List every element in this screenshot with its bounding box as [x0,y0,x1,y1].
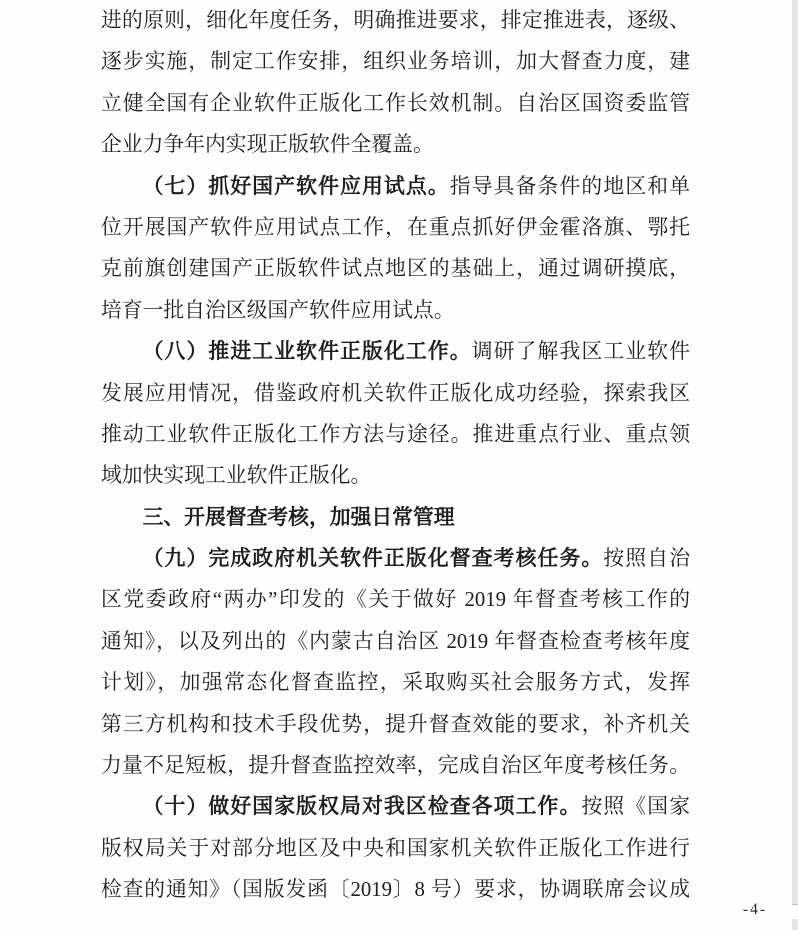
text-line: 发展应用情况，借鉴政府机关软件正版化成功经验，探索我区 [101,373,690,414]
page-number: -4- [743,901,767,919]
text-line: 企业力争年内实现正版软件全覆盖。 [101,124,690,165]
text-segment: 进的原则，细化年度任务，明确推进要求，排定推进表，逐级、 [101,9,690,32]
text-line: 检查的通知》（国版发函〔2019〕8 号）要求，协调联席会议成 [101,869,690,910]
text-segment: 立健全国有企业软件正版化工作长效机制。自治区国资委监管 [101,92,690,115]
text-segment: 通知》，以及列出的《内蒙古自治区 2019 年督查检查考核年度 [101,630,690,653]
text-segment: 第三方机构和技术手段优势，提升督查效能的要求，补齐机关 [101,713,690,736]
section-heading-line: 三、开展督查考核，加强日常管理 [101,497,690,538]
text-line: 逐步实施，制定工作安排，组织业务培训，加大督查力度，建 [101,41,690,82]
bold-text-segment: （九）完成政府机关软件正版化督查考核任务。 [143,547,604,570]
text-line: 通知》，以及列出的《内蒙古自治区 2019 年督查检查考核年度 [101,621,690,662]
text-segment: 按照自治 [603,547,690,570]
document-page: 进的原则，细化年度任务，明确推进要求，排定推进表，逐级、逐步实施，制定工作安排，… [0,0,798,930]
text-segment: 力量不足短板，提升督查监控效率，完成自治区年度考核任务。 [101,754,690,777]
text-segment: 企业力争年内实现正版软件全覆盖。 [101,133,434,156]
text-line: 力量不足短板，提升督查监控效率，完成自治区年度考核任务。 [101,745,690,786]
document-text-body: 进的原则，细化年度任务，明确推进要求，排定推进表，逐级、逐步实施，制定工作安排，… [101,0,690,911]
text-line: 域加快实现工业软件正版化。 [101,455,690,496]
text-segment: 推动工业软件正版化工作方法与途径。推进重点行业、重点领 [101,423,690,446]
text-line: 位开展国产软件应用试点工作，在重点抓好伊金霍洛旗、鄂托 [101,207,690,248]
bold-text-segment: （八）推进工业软件正版化工作。 [143,340,472,363]
text-segment: 指导具备条件的地区和单 [450,175,690,198]
text-line: 计划》，加强常态化督查监控，采取购买社会服务方式，发挥 [101,662,690,703]
text-segment: 发展应用情况，借鉴政府机关软件正版化成功经验，探索我区 [101,382,690,405]
text-line: 推动工业软件正版化工作方法与途径。推进重点行业、重点领 [101,414,690,455]
text-line: 进的原则，细化年度任务，明确推进要求，排定推进表，逐级、 [101,0,690,41]
text-line: （七）抓好国产软件应用试点。指导具备条件的地区和单 [101,166,690,207]
text-segment: 域加快实现工业软件正版化。 [101,464,371,487]
text-line: （九）完成政府机关软件正版化督查考核任务。按照自治 [101,538,690,579]
text-segment: 区党委政府“两办”印发的《关于做好 2019 年督查考核工作的 [101,588,690,611]
text-line: （八）推进工业软件正版化工作。调研了解我区工业软件 [101,331,690,372]
bold-text-segment: （七）抓好国产软件应用试点。 [143,175,450,198]
text-line: （十）做好国家版权局对我区检查各项工作。按照《国家 [101,786,690,827]
text-segment: 克前旗创建国产正版软件试点地区的基础上，通过调研摸底， [101,257,690,280]
text-segment: 位开展国产软件应用试点工作，在重点抓好伊金霍洛旗、鄂托 [101,216,690,239]
scan-edge-notch [792,905,798,919]
bold-text-segment: 三、开展督查考核，加强日常管理 [143,506,455,529]
text-line: 培育一批自治区级国产软件应用试点。 [101,290,690,331]
text-line: 立健全国有企业软件正版化工作长效机制。自治区国资委监管 [101,83,690,124]
text-line: 第三方机构和技术手段优势，提升督查效能的要求，补齐机关 [101,704,690,745]
text-line: 克前旗创建国产正版软件试点地区的基础上，通过调研摸底， [101,248,690,289]
text-segment: 逐步实施，制定工作安排，组织业务培训，加大督查力度，建 [101,50,690,73]
text-segment: 调研了解我区工业软件 [472,340,690,363]
text-segment: 按照《国家 [581,795,690,818]
bold-text-segment: （十）做好国家版权局对我区检查各项工作。 [143,795,582,818]
text-line: 版权局关于对部分地区及中央和国家机关软件正版化工作进行 [101,828,690,869]
text-segment: 培育一批自治区级国产软件应用试点。 [101,299,455,322]
text-line: 区党委政府“两办”印发的《关于做好 2019 年督查考核工作的 [101,579,690,620]
text-segment: 版权局关于对部分地区及中央和国家机关软件正版化工作进行 [101,837,690,860]
text-segment: 检查的通知》（国版发函〔2019〕8 号）要求，协调联席会议成 [101,878,690,901]
text-segment: 计划》，加强常态化督查监控，采取购买社会服务方式，发挥 [101,671,690,694]
scan-edge-band [792,0,798,930]
